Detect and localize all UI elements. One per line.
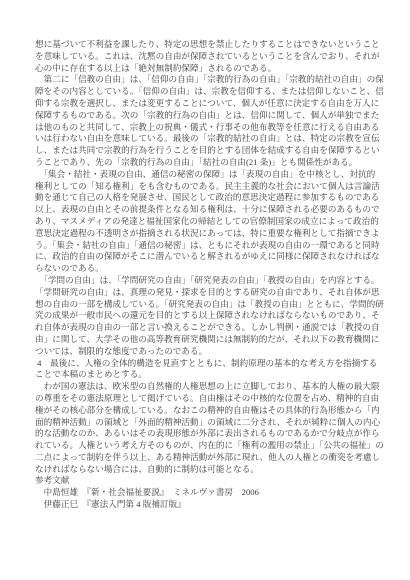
text-line: れている。人権という考え方そのものが、内在的に「権利の濫用の禁止」「公共の福祉」… <box>35 440 377 452</box>
text-line: あり、マスメディアの発達と福祉国家化の帰結としての官僚制国家の成立によって政治的 <box>35 216 377 228</box>
text-line: いは行わない自由を意味している。最後の「宗教的結社の自由」とは、特定の宗教を宣伝 <box>35 133 377 145</box>
text-line: の尊重をその憲法原理として掲げている。自由権はその中核的な位置を占め、精神的自由 <box>35 393 377 405</box>
text-line: なければならない場合には、自動的に制約は可能となる。 <box>35 464 377 476</box>
text-line: 動を通じて自己の人格を発展させ、国民として政治的意思決定過程に参加するものである <box>35 192 377 204</box>
text-line: 参考文献 <box>35 475 377 487</box>
text-line: 二点によって制約を伴う以上、ある精神活動が外部に現れ、他人の人権との衝突を考慮し <box>35 452 377 464</box>
text-line: 面的精神活動」の領域と「外面的精神活動」の領域に二分され、それが純粋に個人の内心 <box>35 417 377 429</box>
text-line: は他のものと共同して、宗教上の祝典・儀式・行事その他布教等を任意に行える自由ある <box>35 122 377 134</box>
text-line: 意思決定過程の不透明さが指摘される状況にあっては、特に重要な権利として指摘できよ <box>35 228 377 240</box>
text-line: 的な活動なのか、あるいはその表現形態が外部に表出されるものであるかで分岐点が作ら <box>35 428 377 440</box>
text-line: 「集会・結社・表現の自由、通信の秘密の保障」は「表現の自由」を中核とし、対抗的 <box>35 169 377 181</box>
text-line: 想の自由の一部を構成している。「研究発表の自由」は「教授の自由」とともに、学問的… <box>35 299 377 311</box>
text-line: 究の成果が一般市民への還元を目的とする以上保障されなければならないものであり、そ <box>35 310 377 322</box>
text-line: ついては、制限的な態度であったのである。 <box>35 346 377 358</box>
text-line: 保障するものである。次の「宗教的行為の自由」とは、信仰に関して、個人が単独でまた <box>35 110 377 122</box>
document-page: 想に基づいて不利益を課したり、特定の思想を禁止したりすることはできないということ… <box>0 0 410 580</box>
text-line: し、または共同で宗教的行為を行うことを目的とする団体を結成する自由を保障するとい <box>35 145 377 157</box>
text-line: 障をその内容としている。「信仰の自由」は、宗教を信仰する、または信仰しないこと、… <box>35 86 377 98</box>
text-line: 由」に関して、大学その他の高等教育研究機関には無制約的だが、それ以下の教育機関に <box>35 334 377 346</box>
text-line: わが国の憲法は、欧米型の自然権的人権思想の上に立脚しており、基本的人権の最大限 <box>35 381 377 393</box>
text-line: 中島恒雄 『新・社会福祉要説』 ミネルヴァ書房 2006 <box>35 487 377 499</box>
text-line: 「学問の自由」は、「学問研究の自由」「研究発表の自由」「教授の自由」を内容とする… <box>35 275 377 287</box>
text-line: を意味している。これは、沈黙の自由が保障されているということを含んでおり、それが <box>35 51 377 63</box>
text-line: 想に基づいて不利益を課したり、特定の思想を禁止したりすることはできないということ <box>35 39 377 51</box>
text-line: 4 最後に、人権の全体的構造を見直すとともに、制約原理の基本的な考え方を指摘する <box>35 358 377 370</box>
text-line: 権がその核心部分を構成している。なおこの精神的自由権はその具体的行為形態から「内 <box>35 405 377 417</box>
text-line: 第二に「信教の自由」は、「信仰の自由」「宗教的行為の自由」「宗教的結社の自由」の… <box>35 74 377 86</box>
text-line: 仰する宗教を選択し、または変更することについて、個人が任意に決定する自由を万人に <box>35 98 377 110</box>
text-line: に、政治的自由の保障がそこに潜んでいると解されるがゆえに同様に保障されなければな <box>35 251 377 263</box>
text-line: 以上、表現の自由とその前提条件となる知る権利は、十分に保障される必要のあるもので <box>35 204 377 216</box>
text-line: うことであり、先の「宗教的行為の自由」「結社の自由(21 条)」とも関係性がある… <box>35 157 377 169</box>
text-line: 伊藤正巳 『憲法入門第 4 版補訂版』 <box>35 499 377 511</box>
text-line: 権利としての「知る権利」をも含むものである。民主主義的な社会において個人は言論活 <box>35 181 377 193</box>
text-line: 心の中に存在する以上は「絶対無制約保障」されるのである。 <box>35 63 377 75</box>
text-line: れ自体が表現の自由の一部と言い換えることができる。しかし判例・通説では「教授の自 <box>35 322 377 334</box>
document-text-block: 想に基づいて不利益を課したり、特定の思想を禁止したりすることはできないということ… <box>35 39 377 511</box>
text-line: ことで本稿のまとめとする。 <box>35 369 377 381</box>
text-line: う。「集会・結社の自由」「通信の秘密」は、ともにそれが表現の自由の一環であると同… <box>35 240 377 252</box>
text-line: らないのである。 <box>35 263 377 275</box>
text-line: 「学問研究の自由」は、真理の発見・探求を目的とする研究の自由であり、それ自体が思 <box>35 287 377 299</box>
